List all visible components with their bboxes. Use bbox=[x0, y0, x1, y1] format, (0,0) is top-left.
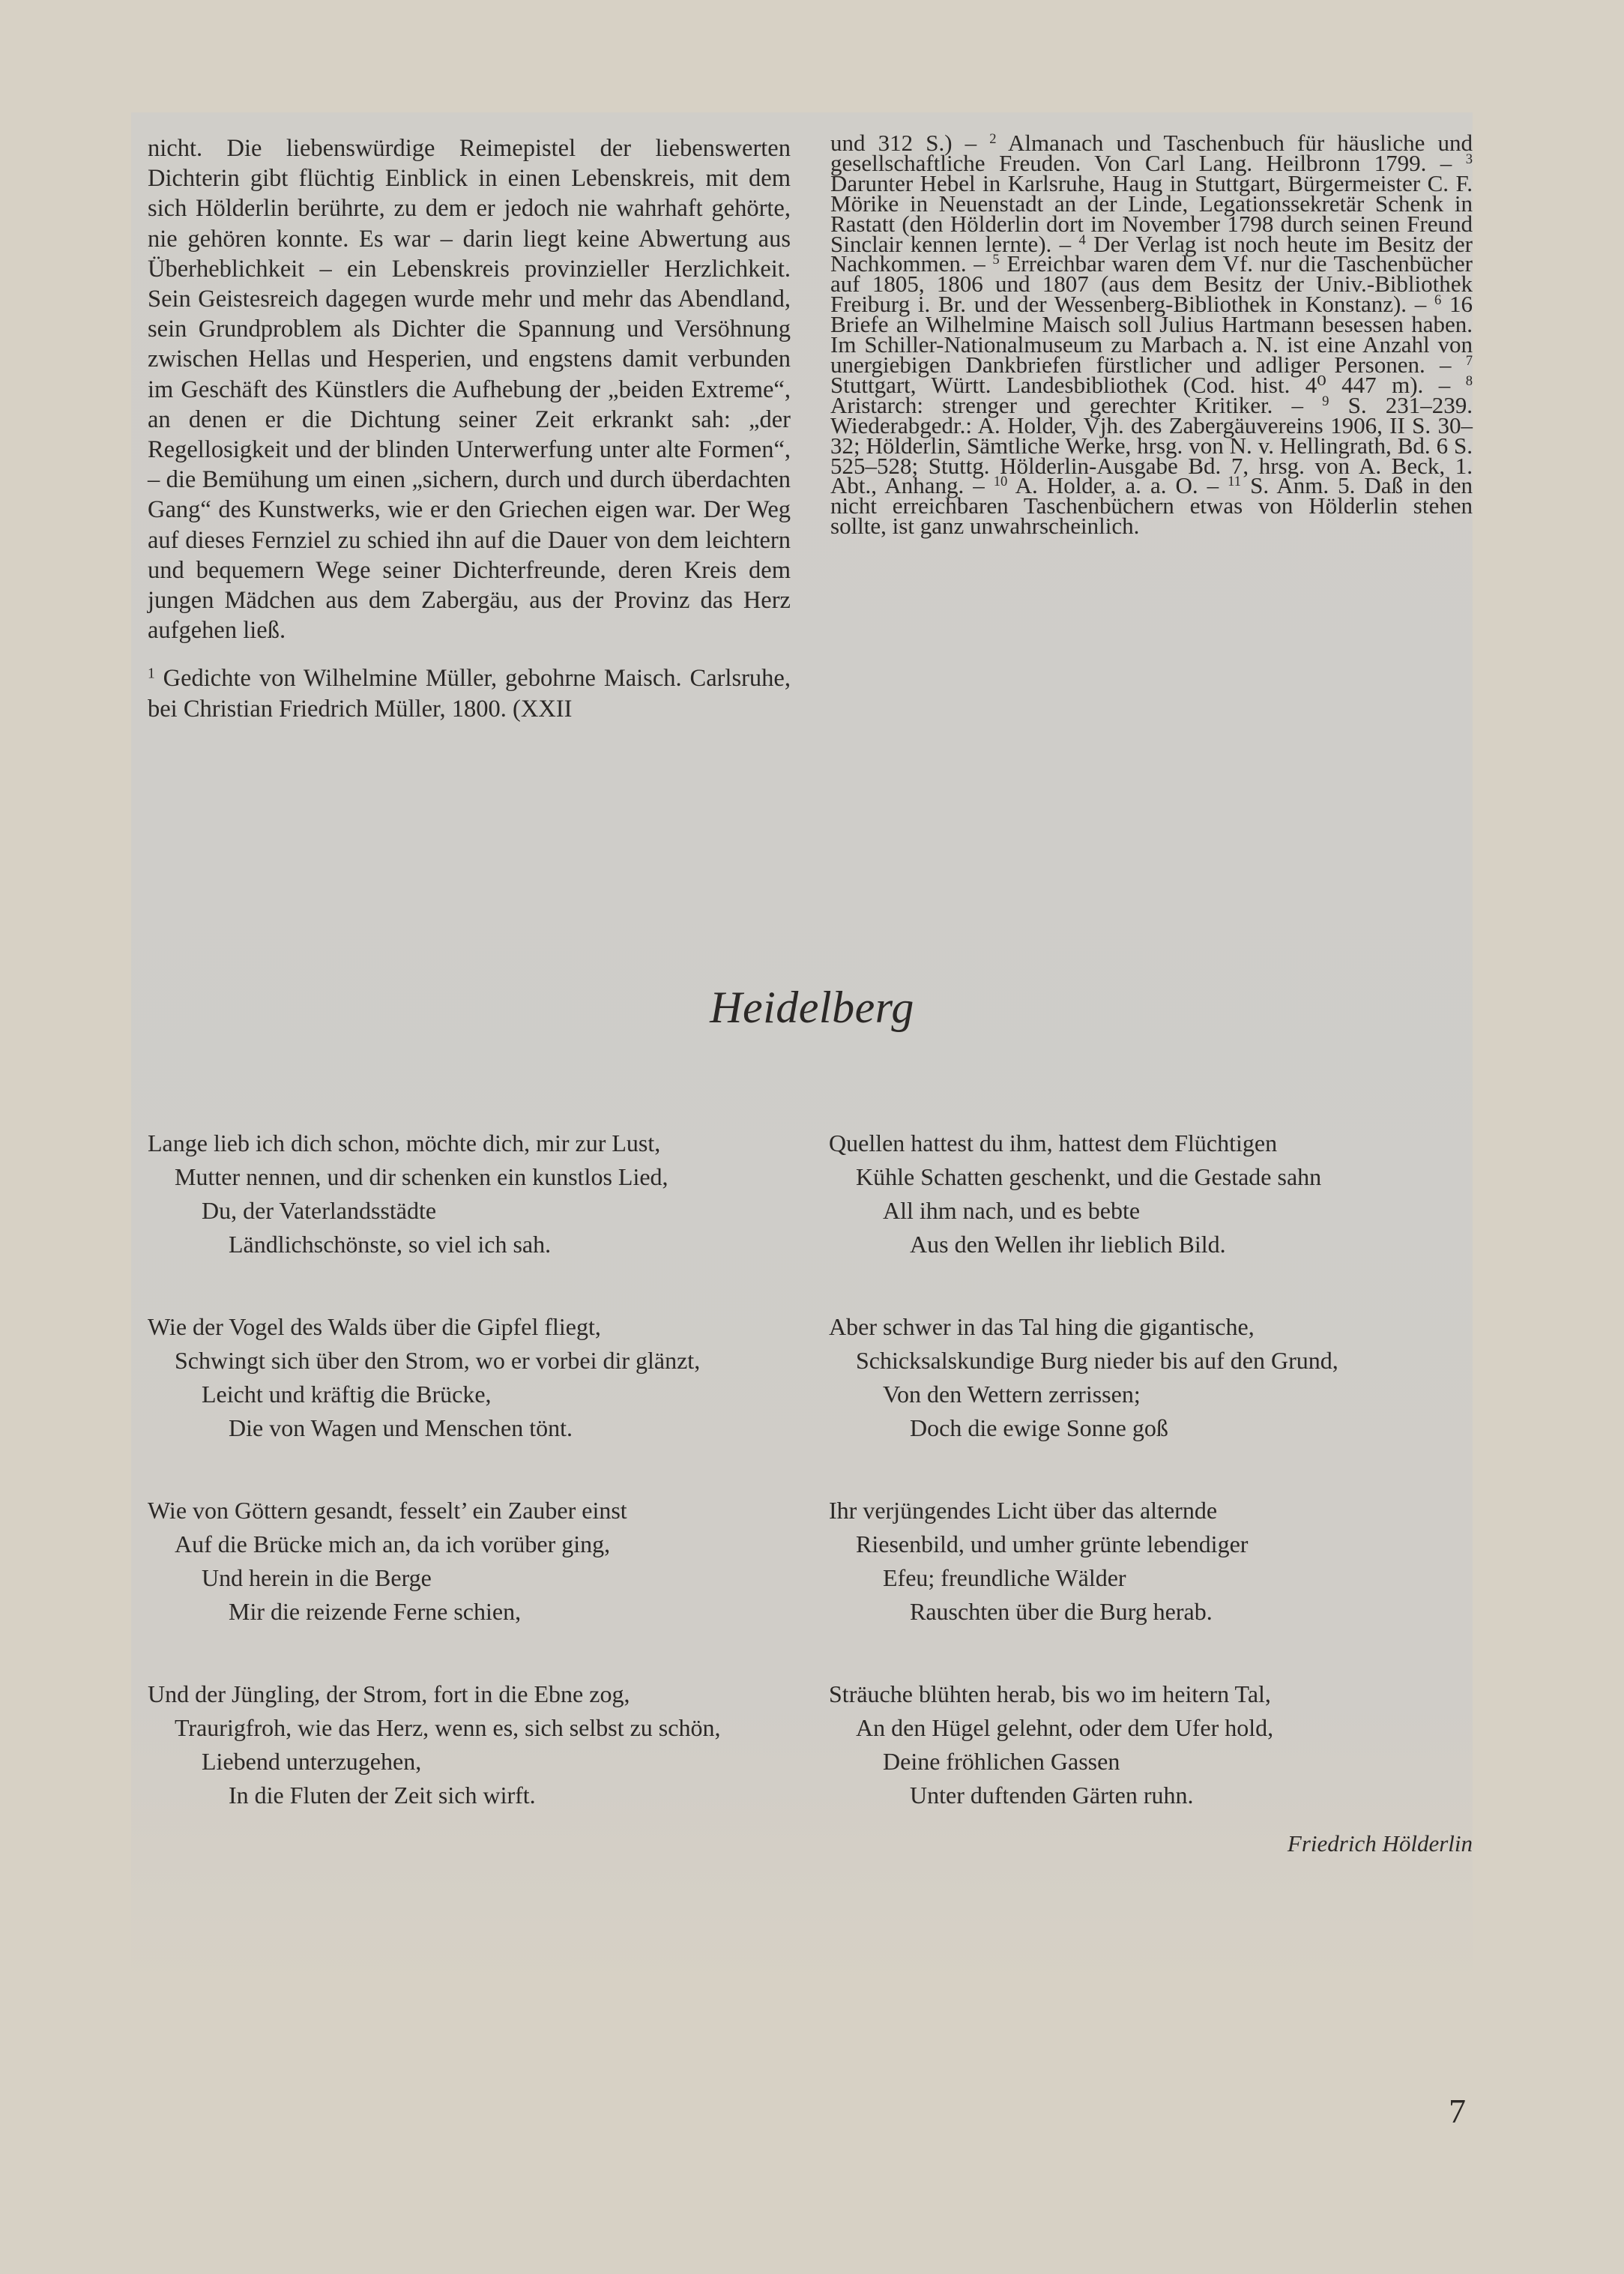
poem-stanza: Aber schwer in das Tal hing die gigantis… bbox=[829, 1310, 1488, 1494]
footnote-text: Gedichte von Wilhelmine Müller, gebohrne… bbox=[148, 665, 791, 722]
poem-line: Die von Wagen und Menschen tönt. bbox=[148, 1411, 807, 1445]
poem-line: All ihm nach, und es bebte bbox=[829, 1194, 1488, 1228]
poem-line: Aber schwer in das Tal hing die gigantis… bbox=[829, 1310, 1488, 1344]
footnote-marker: 10 bbox=[994, 474, 1008, 489]
poem-stanza: Wie von Göttern gesandt, fesselt’ ein Za… bbox=[148, 1494, 807, 1677]
poem-stanza: Und der Jüngling, der Strom, fort in die… bbox=[148, 1677, 807, 1861]
poem-column-left: Lange lieb ich dich schon, möchte dich, … bbox=[148, 1127, 807, 1861]
footnote-marker: 8 bbox=[1466, 373, 1473, 389]
poem-line: In die Fluten der Zeit sich wirft. bbox=[148, 1779, 807, 1812]
footnote-marker: 11 bbox=[1228, 474, 1241, 489]
poem-stanza: Ihr verjüngendes Licht über das alternde… bbox=[829, 1494, 1488, 1677]
footnote-1: 1 Gedichte von Wilhelmine Müller, gebohr… bbox=[148, 663, 791, 723]
poem-line: Leicht und kräftig die Brücke, bbox=[148, 1378, 807, 1411]
poem-line: Und der Jüngling, der Strom, fort in die… bbox=[148, 1677, 807, 1711]
poem-stanza: Wie der Vogel des Walds über die Gipfel … bbox=[148, 1310, 807, 1494]
poem-line: Doch die ewige Sonne goß bbox=[829, 1411, 1488, 1445]
poem-line: Und herein in die Berge bbox=[148, 1561, 807, 1595]
poem-line: Mutter nennen, und dir schenken ein kuns… bbox=[148, 1160, 807, 1194]
footnote-marker: 5 bbox=[992, 252, 999, 268]
poem-line: Riesenbild, und umher grünte lebendiger bbox=[829, 1527, 1488, 1561]
poem-line: Mir die reizende Ferne schien, bbox=[148, 1595, 807, 1629]
footnote-marker: 7 bbox=[1466, 353, 1473, 369]
poem-line: Unter duftenden Gärten ruhn. bbox=[829, 1779, 1488, 1812]
footnote-marker: 3 bbox=[1466, 151, 1473, 167]
footnotes-text: und 312 S.) – 2 Almanach und Taschenbuch… bbox=[830, 133, 1473, 537]
poem-stanza: Lange lieb ich dich schon, möchte dich, … bbox=[148, 1127, 807, 1310]
poem-line: Du, der Vaterlandsstädte bbox=[148, 1194, 807, 1228]
poem-column-right: Quellen hattest du ihm, hattest dem Flüc… bbox=[829, 1127, 1488, 1861]
poem-line: An den Hügel gelehnt, oder dem Ufer hold… bbox=[829, 1711, 1488, 1745]
essay-column: nicht. Die liebenswürdige Reimepistel de… bbox=[148, 133, 791, 724]
poem-line: Efeu; freundliche Wälder bbox=[829, 1561, 1488, 1595]
poem-line: Wie von Göttern gesandt, fesselt’ ein Za… bbox=[148, 1494, 807, 1527]
poem-line: Schwingt sich über den Strom, wo er vorb… bbox=[148, 1344, 807, 1378]
essay-paragraph: nicht. Die liebenswürdige Reimepistel de… bbox=[148, 133, 791, 645]
poem-line: Wie der Vogel des Walds über die Gipfel … bbox=[148, 1310, 807, 1344]
poem-line: Deine fröhlichen Gassen bbox=[829, 1745, 1488, 1779]
poem-stanza: Quellen hattest du ihm, hattest dem Flüc… bbox=[829, 1127, 1488, 1310]
poem-line: Lange lieb ich dich schon, möchte dich, … bbox=[148, 1127, 807, 1160]
poem-title: Heidelberg bbox=[0, 982, 1624, 1034]
footnote-marker: 4 bbox=[1079, 232, 1086, 247]
poem-line: Liebend unterzugehen, bbox=[148, 1745, 807, 1779]
footnote-marker: 1 bbox=[148, 666, 155, 682]
poem-line: Ihr verjüngendes Licht über das alternde bbox=[829, 1494, 1488, 1527]
footnote-marker: 6 bbox=[1434, 292, 1441, 308]
page-number: 7 bbox=[1449, 2091, 1466, 2131]
poem-line: Schicksalskundige Burg nieder bis auf de… bbox=[829, 1344, 1488, 1378]
poem-line: Rauschten über die Burg herab. bbox=[829, 1595, 1488, 1629]
poem-line: Traurigfroh, wie das Herz, wenn es, sich… bbox=[148, 1711, 807, 1745]
poem-line: Quellen hattest du ihm, hattest dem Flüc… bbox=[829, 1127, 1488, 1160]
footnote-marker: 2 bbox=[989, 131, 996, 147]
poem-line: Ländlichschönste, so viel ich sah. bbox=[148, 1228, 807, 1261]
poem-line: Von den Wettern zerrissen; bbox=[829, 1378, 1488, 1411]
footnotes-column: und 312 S.) – 2 Almanach und Taschenbuch… bbox=[830, 133, 1473, 537]
poem-author: Friedrich Hölderlin bbox=[1288, 1830, 1473, 1857]
poem-line: Kühle Schatten geschenkt, und die Gestad… bbox=[829, 1160, 1488, 1194]
poem-line: Sträuche blühten herab, bis wo im heiter… bbox=[829, 1677, 1488, 1711]
poem-line: Auf die Brücke mich an, da ich vorüber g… bbox=[148, 1527, 807, 1561]
poem-line: Aus den Wellen ihr lieblich Bild. bbox=[829, 1228, 1488, 1261]
